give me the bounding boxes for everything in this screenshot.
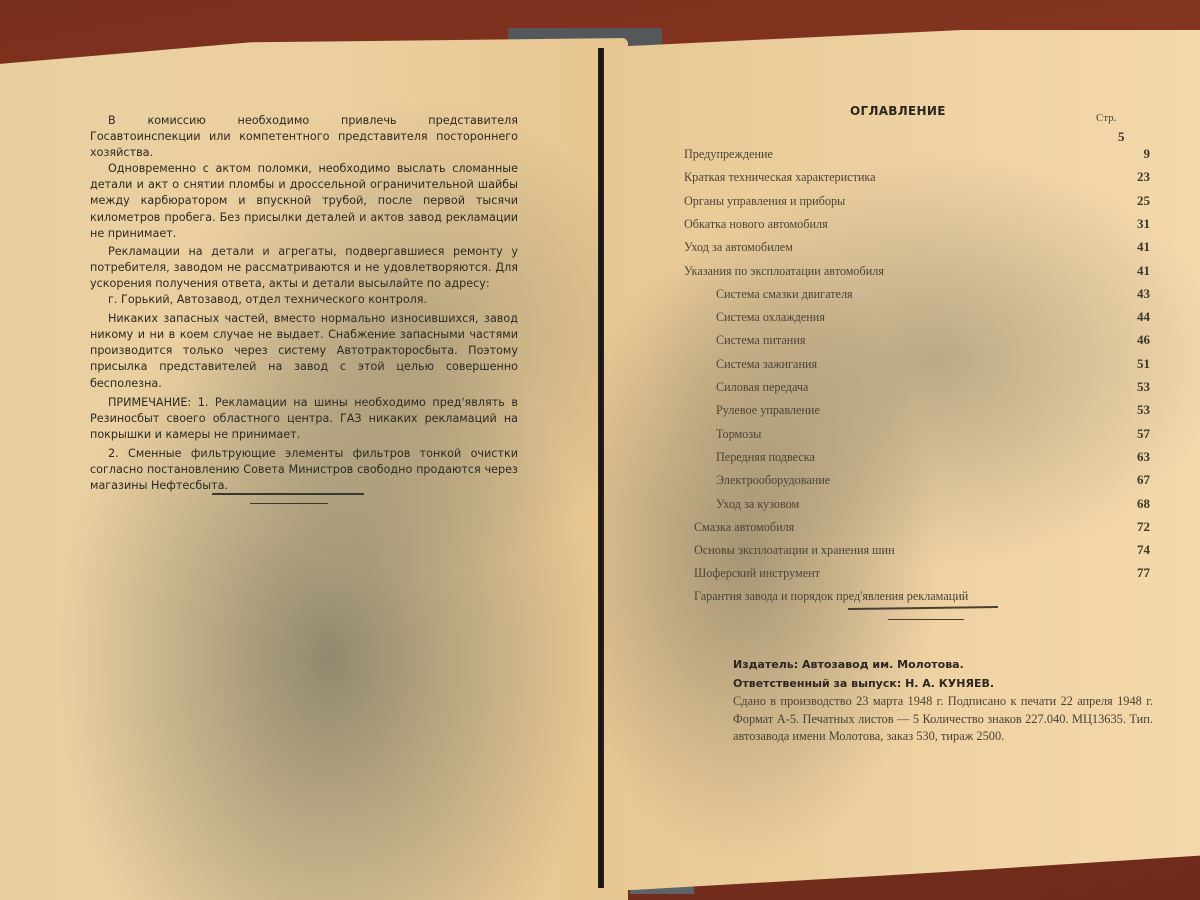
toc-entry-page: 67 <box>1137 472 1150 488</box>
toc-entry-title: Указания по эксплоатации автомобиля <box>684 264 884 279</box>
toc-entry-page: 77 <box>1137 565 1150 581</box>
toc-entry-page: 68 <box>1137 496 1150 512</box>
paragraph-breakage-act: Одновременно с актом поломки, необходимо… <box>90 161 518 241</box>
toc-entry-title: Уход за автомобилем <box>684 240 793 255</box>
toc-entry: Система охлаждения44 <box>716 309 1150 329</box>
toc-end-rule-short <box>888 619 964 620</box>
toc-entry: Система зажигания51 <box>716 356 1150 376</box>
toc-entry-title: Предупреждение <box>684 147 773 162</box>
toc-entry-page: 43 <box>1137 286 1150 302</box>
toc-entry-page: 23 <box>1137 169 1150 185</box>
toc-entry: Предупреждение9 <box>684 146 1150 166</box>
toc-entry-title: Шоферский инструмент <box>694 566 820 581</box>
toc-first-page-number: 5 <box>1118 129 1125 145</box>
paragraph-note-tires: ПРИМЕЧАНИЕ: 1. Рекламации на шины необхо… <box>90 395 518 443</box>
toc-entry: Уход за автомобилем41 <box>684 239 1150 259</box>
imprint-responsible: Ответственный за выпуск: Н. А. КУНЯЕВ. <box>733 674 1153 693</box>
toc-entry: Смазка автомобиля72 <box>694 519 1150 539</box>
toc-entry: Уход за кузовом68 <box>716 496 1150 516</box>
paragraph-note-filters: 2. Сменные фильтрующие элементы фильтров… <box>90 446 518 494</box>
imprint-details: Сдано в производство 23 марта 1948 г. По… <box>733 693 1153 746</box>
toc-entry-page: 72 <box>1137 519 1150 535</box>
toc-entry-page: 57 <box>1137 426 1150 442</box>
toc-entry-title: Электрооборудование <box>716 473 830 488</box>
toc-entry-page: 41 <box>1137 239 1150 255</box>
toc-entry-page: 46 <box>1137 332 1150 348</box>
toc-entry-page: 41 <box>1137 263 1150 279</box>
toc-entry: Гарантия завода и порядок пред'явления р… <box>694 589 1150 609</box>
toc-entry-title: Уход за кузовом <box>716 497 799 512</box>
toc-page-column-header: Стр. <box>1096 112 1116 124</box>
paragraph-spare-parts: Никаких запасных частей, вместо нормальн… <box>90 311 518 391</box>
toc-entry-title: Обкатка нового автомобиля <box>684 217 828 232</box>
toc-entry-page: 51 <box>1137 356 1150 372</box>
left-page-text: В комиссию необходимо привлечь представи… <box>90 113 518 494</box>
toc-title: ОГЛАВЛЕНИЕ <box>850 104 946 118</box>
toc-entry-page: 25 <box>1137 193 1150 209</box>
paragraph-repaired-parts: Рекламации на детали и агрегаты, подверг… <box>90 244 518 292</box>
imprint-publisher: Издатель: Автозавод им. Молотова. <box>733 655 1153 674</box>
toc-entry-title: Передняя подвеска <box>716 450 815 465</box>
toc-entry: Рулевое управление53 <box>716 402 1150 422</box>
toc-entry-page: 44 <box>1137 309 1150 325</box>
end-rule-long <box>212 493 364 495</box>
toc-entry-page: 31 <box>1137 216 1150 232</box>
toc-entry-title: Основы эксплоатации и хранения шин <box>694 543 895 558</box>
toc-entry: Система питания46 <box>716 332 1150 352</box>
toc-entry-title: Система питания <box>716 333 805 348</box>
book-gutter <box>598 48 604 888</box>
toc-entry: Органы управления и приборы25 <box>684 193 1150 213</box>
paragraph-address: г. Горький, Автозавод, отдел техническог… <box>90 292 518 308</box>
toc-entry-title: Смазка автомобиля <box>694 520 794 535</box>
toc-entry: Обкатка нового автомобиля31 <box>684 216 1150 236</box>
toc-entry: Основы эксплоатации и хранения шин74 <box>694 542 1150 562</box>
toc-entry: Силовая передача53 <box>716 379 1150 399</box>
toc-entry-title: Система смазки двигателя <box>716 287 853 302</box>
toc-entry: Указания по эксплоатации автомобиля41 <box>684 263 1150 283</box>
imprint: Издатель: Автозавод им. Молотова. Ответс… <box>733 655 1153 746</box>
toc-entry: Передняя подвеска63 <box>716 449 1150 469</box>
paragraph-commission: В комиссию необходимо привлечь представи… <box>90 113 518 161</box>
toc-entry: Тормозы57 <box>716 426 1150 446</box>
toc-entry-title: Рулевое управление <box>716 403 820 418</box>
toc-entry-title: Краткая техническая характеристика <box>684 170 876 185</box>
end-rule-short <box>250 503 328 504</box>
toc-entry: Краткая техническая характеристика23 <box>684 169 1150 189</box>
toc-entry-page: 9 <box>1144 146 1151 162</box>
toc-entry: Шоферский инструмент77 <box>694 565 1150 585</box>
toc-entry-title: Силовая передача <box>716 380 808 395</box>
toc-entry-page: 63 <box>1137 449 1150 465</box>
toc-entry-title: Система охлаждения <box>716 310 825 325</box>
toc-entry-page: 74 <box>1137 542 1150 558</box>
toc-entry-page: 53 <box>1137 402 1150 418</box>
toc-entry: Электрооборудование67 <box>716 472 1150 492</box>
toc-entry-page: 53 <box>1137 379 1150 395</box>
toc-entry-title: Органы управления и приборы <box>684 194 845 209</box>
toc-entry-title: Тормозы <box>716 427 761 442</box>
toc-entry: Система смазки двигателя43 <box>716 286 1150 306</box>
toc-entry-title: Гарантия завода и порядок пред'явления р… <box>694 589 968 604</box>
toc-entry-title: Система зажигания <box>716 357 817 372</box>
